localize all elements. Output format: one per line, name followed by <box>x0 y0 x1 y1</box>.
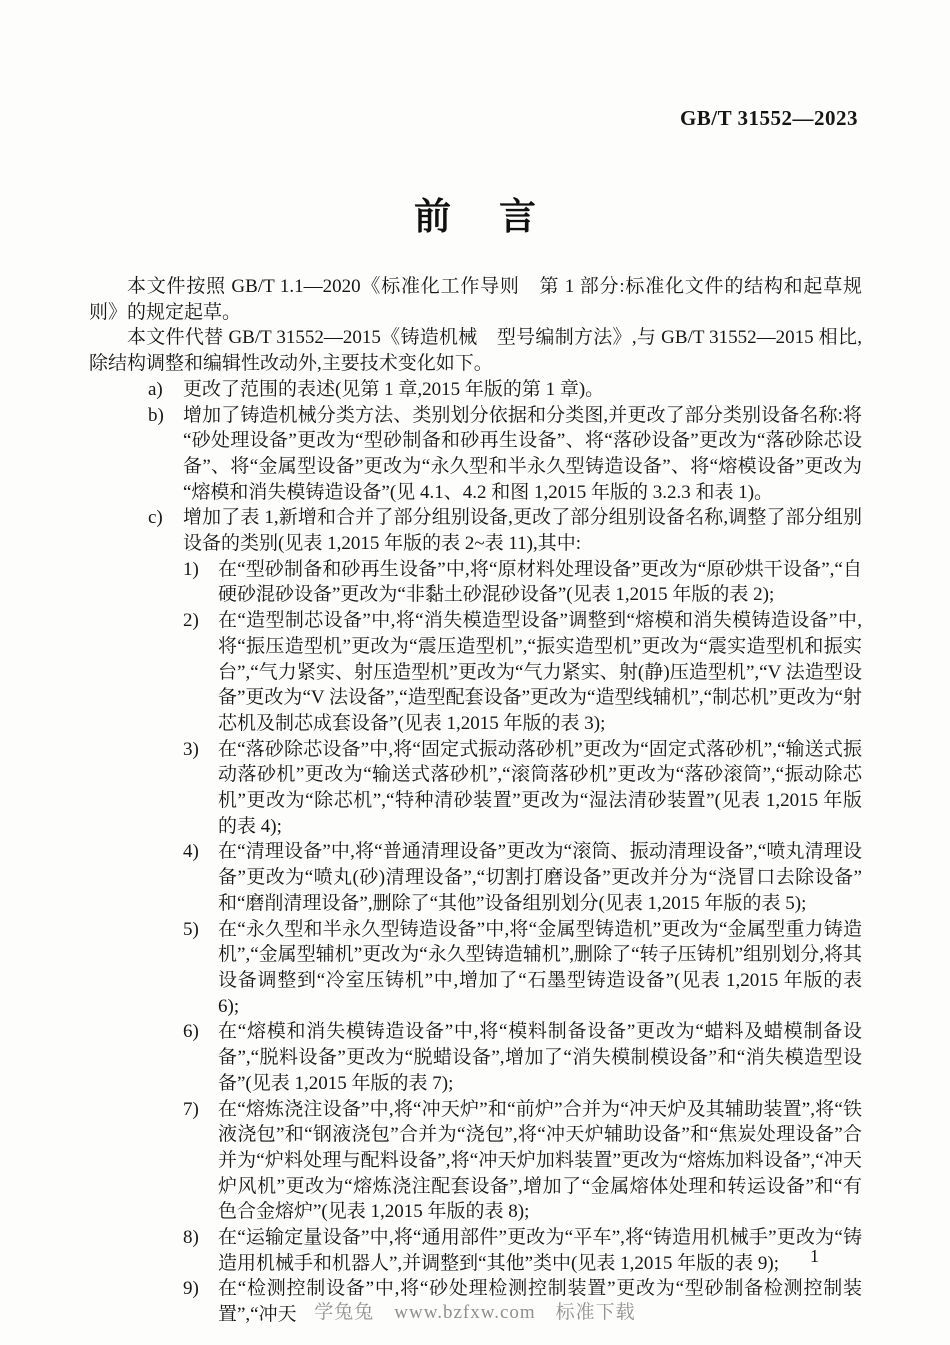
sub-list-marker: 6) <box>183 1019 199 1045</box>
paragraph: 本文件按照 GB/T 1.1—2020《标准化工作导则 第 1 部分:标准化文件… <box>89 274 862 325</box>
sub-list-item: 6) 在“熔模和消失模铸造设备”中,将“模料制备设备”更改为“蜡料及蜡模制备设备… <box>89 1019 862 1096</box>
sub-list-item-text: 在“落砂除芯设备”中,将“固定式振动落砂机”更改为“固定式落砂机”,“输送式振动… <box>218 737 862 840</box>
sub-list-item-text: 在“运输定量设备”中,将“通用部件”更改为“平车”,将“铸造用机械手”更改为“铸… <box>218 1225 862 1276</box>
standard-code: GB/T 31552—2023 <box>680 106 858 131</box>
sub-list-item-text: 在“型砂制备和砂再生设备”中,将“原材料处理设备”更改为“原砂烘干设备”,“自硬… <box>218 557 862 608</box>
watermark: 学兔兔 www.bzfxw.com 标准下载 <box>0 1297 950 1324</box>
sub-list-item: 8) 在“运输定量设备”中,将“通用部件”更改为“平车”,将“铸造用机械手”更改… <box>89 1225 862 1276</box>
sub-list-item: 7) 在“熔炼浇注设备”中,将“冲天炉”和“前炉”合并为“冲天炉及其辅助装置”,… <box>89 1097 862 1226</box>
sub-list-marker: 1) <box>183 557 199 583</box>
sub-list-marker: 5) <box>183 917 199 943</box>
sub-list-item-text: 在“永久型和半永久型铸造设备”中,将“金属型铸造机”更改为“金属型重力铸造机”,… <box>218 917 862 1020</box>
document-page: GB/T 31552—2023 前言 本文件按照 GB/T 1.1—2020《标… <box>0 0 950 1345</box>
list-item: b) 增加了铸造机械分类方法、类别划分依据和分类图,并更改了部分类别设备名称:将… <box>89 403 862 506</box>
list-item-text: 增加了表 1,新增和合并了部分组别设备,更改了部分组别设备名称,调整了部分组别设… <box>183 505 862 556</box>
list-marker: a) <box>148 377 163 403</box>
sub-list-marker: 7) <box>183 1097 199 1123</box>
sub-list-marker: 3) <box>183 737 199 763</box>
page-title: 前言 <box>0 186 950 240</box>
sub-list-item: 2) 在“造型制芯设备”中,将“消失模造型设备”调整到“熔模和消失模铸造设备”中… <box>89 608 862 737</box>
list-item-text: 增加了铸造机械分类方法、类别划分依据和分类图,并更改了部分类别设备名称:将“砂处… <box>183 403 862 506</box>
list-item: a) 更改了范围的表述(见第 1 章,2015 年版的第 1 章)。 <box>89 377 862 403</box>
sub-list-item-text: 在“熔炼浇注设备”中,将“冲天炉”和“前炉”合并为“冲天炉及其辅助装置”,将“铁… <box>218 1097 862 1226</box>
sub-list-item: 3) 在“落砂除芯设备”中,将“固定式振动落砂机”更改为“固定式落砂机”,“输送… <box>89 737 862 840</box>
list-item: c) 增加了表 1,新增和合并了部分组别设备,更改了部分组别设备名称,调整了部分… <box>89 505 862 556</box>
sub-list-item-text: 在“造型制芯设备”中,将“消失模造型设备”调整到“熔模和消失模铸造设备”中,将“… <box>218 608 862 737</box>
list-item-text: 更改了范围的表述(见第 1 章,2015 年版的第 1 章)。 <box>183 377 862 403</box>
sub-list-item: 5) 在“永久型和半永久型铸造设备”中,将“金属型铸造机”更改为“金属型重力铸造… <box>89 917 862 1020</box>
list-marker: b) <box>148 403 164 429</box>
foreword-body: 本文件按照 GB/T 1.1—2020《标准化工作导则 第 1 部分:标准化文件… <box>89 274 862 1328</box>
paragraph: 本文件代替 GB/T 31552—2015《铸造机械 型号编制方法》,与 GB/… <box>89 325 862 376</box>
sub-list-item: 4) 在“清理设备”中,将“普通清理设备”更改为“滚筒、振动清理设备”,“喷丸清… <box>89 839 862 916</box>
list-marker: c) <box>148 505 163 531</box>
sub-list-item-text: 在“熔模和消失模铸造设备”中,将“模料制备设备”更改为“蜡料及蜡模制备设备”,“… <box>218 1019 862 1096</box>
sub-list-item: 1) 在“型砂制备和砂再生设备”中,将“原材料处理设备”更改为“原砂烘干设备”,… <box>89 557 862 608</box>
sub-list-marker: 2) <box>183 608 199 634</box>
sub-list-marker: 8) <box>183 1225 199 1251</box>
sub-list-item-text: 在“清理设备”中,将“普通清理设备”更改为“滚筒、振动清理设备”,“喷丸清理设备… <box>218 839 862 916</box>
page-number: 1 <box>810 1246 819 1267</box>
sub-list-marker: 4) <box>183 839 199 865</box>
